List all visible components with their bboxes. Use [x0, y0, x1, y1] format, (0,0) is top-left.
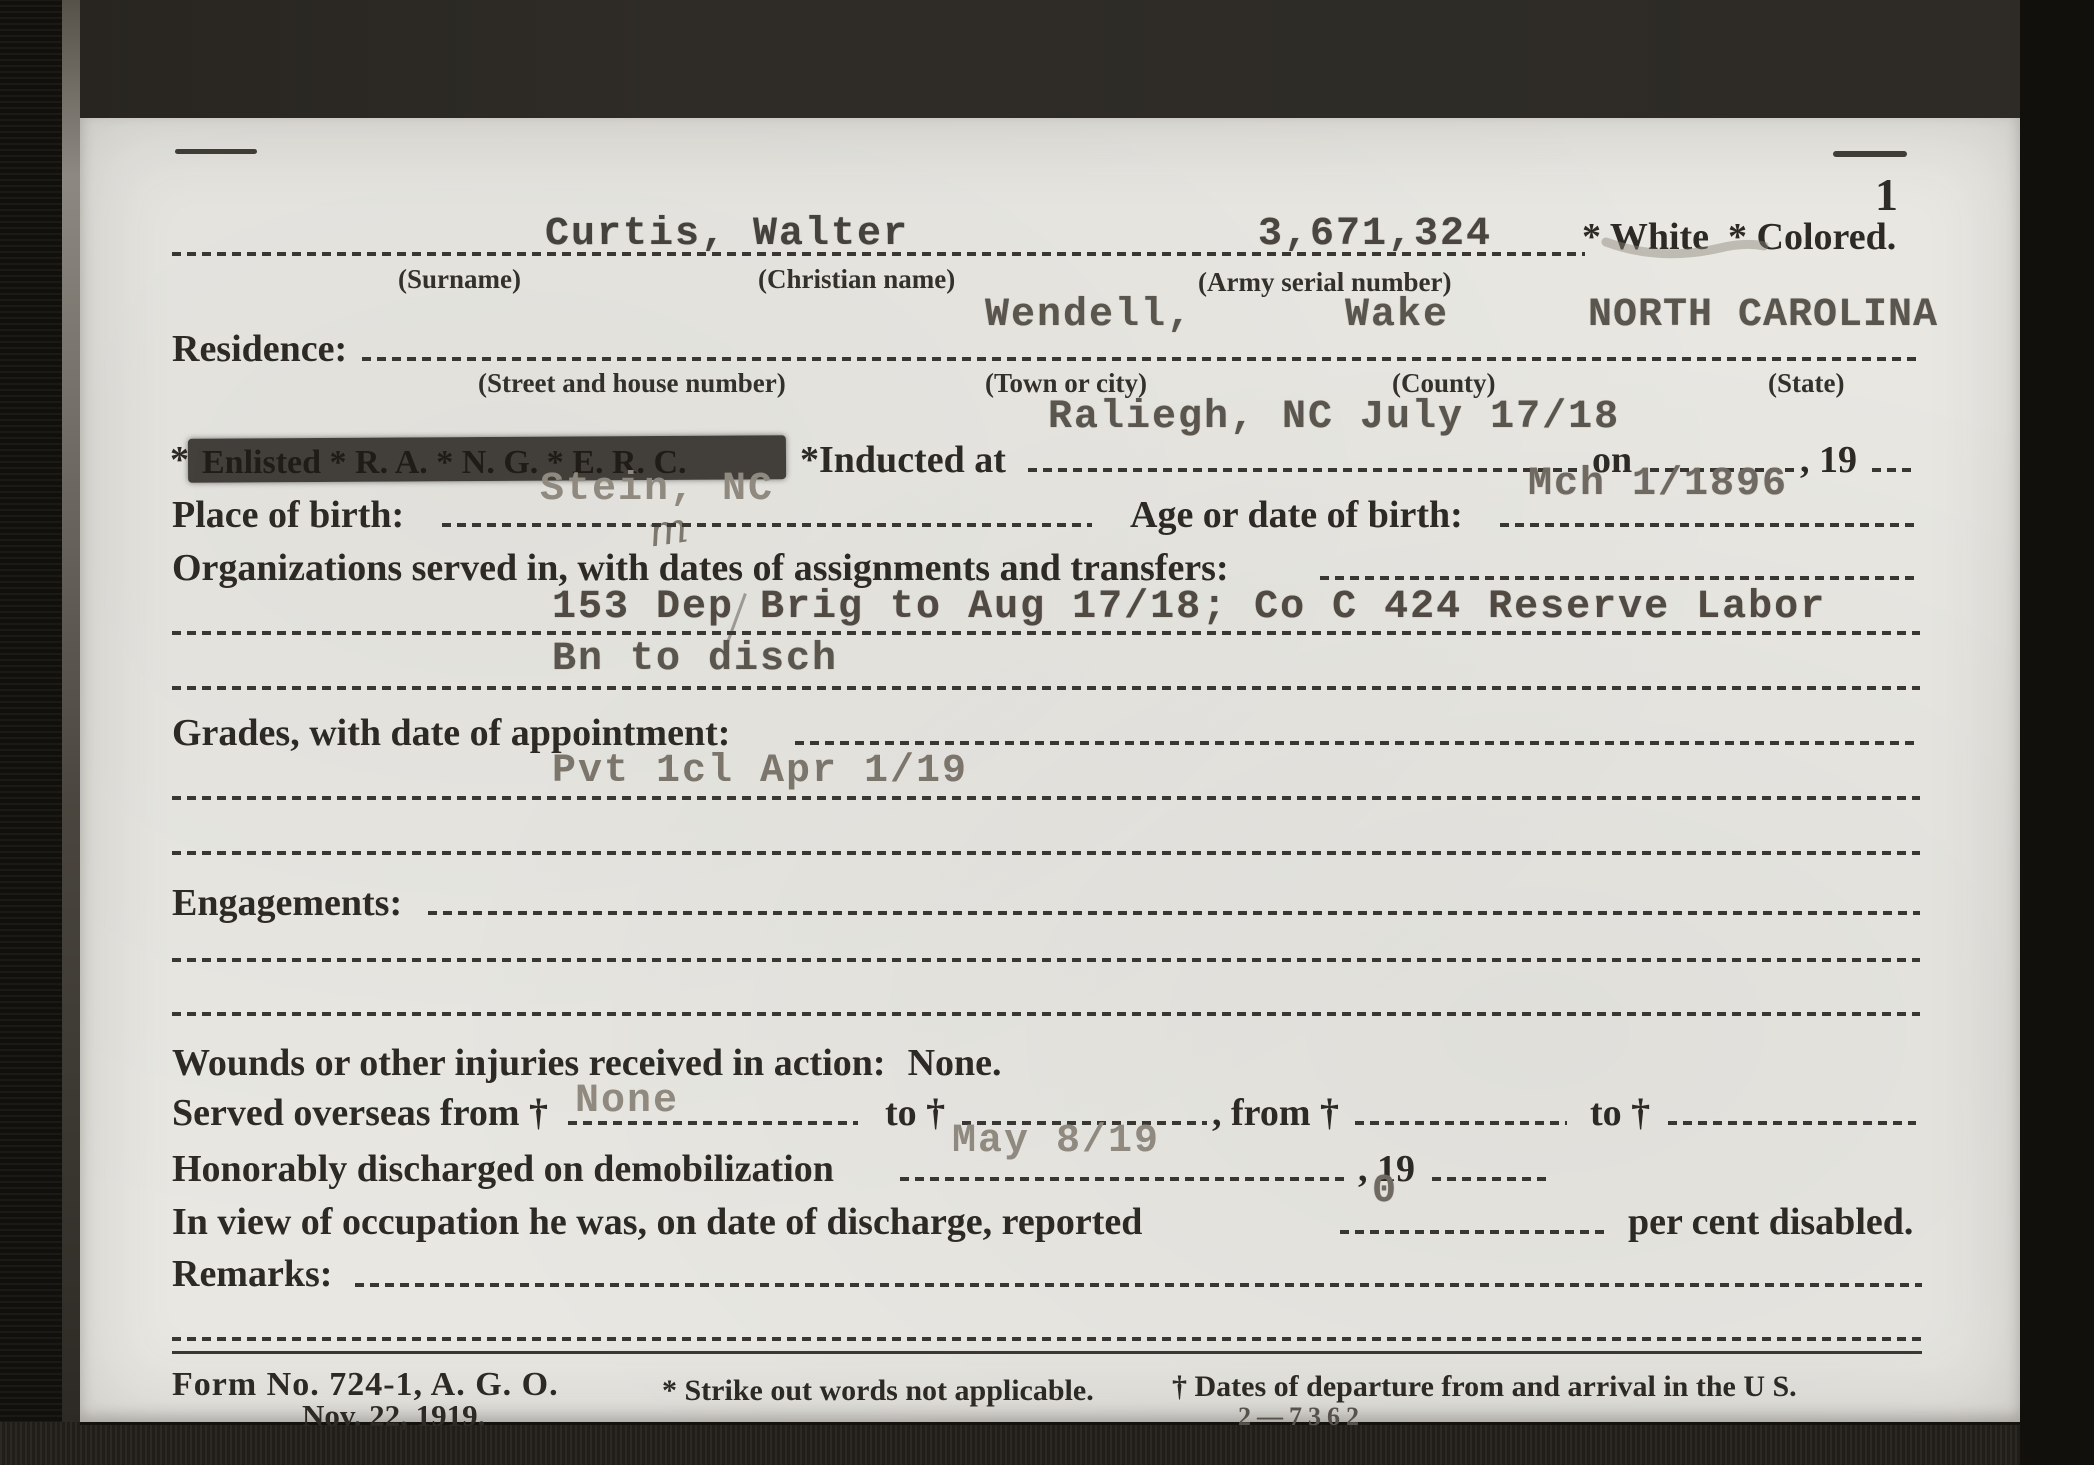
- dotted-line-footer: [172, 1337, 1922, 1341]
- film-edge-left: [0, 0, 62, 1465]
- typed-date-of-birth: Mch 1/1896: [1528, 465, 1788, 505]
- wounds-label: Wounds or other injuries received in act…: [172, 1042, 886, 1084]
- inducted-at-label: *Inducted at: [800, 441, 1006, 479]
- overseas-from-label: Served overseas from †: [172, 1094, 548, 1132]
- typed-surname-christian-name: Curtis, Walter: [545, 215, 909, 255]
- card-edge-shadow: [62, 0, 80, 1465]
- overseas-to2-label: to †: [1590, 1094, 1650, 1132]
- dotted-line-inducted-at: [1028, 468, 1580, 472]
- dotted-line-overseas-3: [1668, 1121, 1916, 1125]
- scan-background-top: [80, 0, 2094, 118]
- disability-label: In view of occupation he was, on date of…: [172, 1203, 1142, 1241]
- engagements-label: Engagements:: [172, 884, 402, 922]
- county-caption: (County): [1392, 370, 1496, 397]
- pencil-smudge: [1600, 232, 1770, 266]
- film-edge-right: [2020, 0, 2094, 1465]
- typed-residence-town: Wendell,: [985, 296, 1193, 336]
- town-caption: (Town or city): [985, 370, 1147, 397]
- dotted-line-induction-year: [1872, 468, 1914, 472]
- pen-dash-top-left: [175, 149, 257, 154]
- remarks-label: Remarks:: [172, 1255, 332, 1293]
- typed-induction-place-date: Raliegh, NC July 17/18: [1048, 398, 1620, 438]
- overseas-dates-note: † Dates of departure from and arrival in…: [1172, 1370, 1797, 1404]
- dotted-line-grades-0: [795, 741, 1920, 745]
- dotted-line-remarks: [355, 1283, 1922, 1287]
- age-or-birthdate-label: Age or date of birth:: [1130, 496, 1463, 534]
- discharge-label: Honorably discharged on demobilization: [172, 1150, 834, 1188]
- scanned-service-card: 1 Curtis, Walter 3,671,324 * White * Col…: [0, 0, 2094, 1465]
- typed-discharge-date: May 8/19: [952, 1122, 1160, 1162]
- christian-name-caption: (Christian name): [758, 266, 955, 293]
- wounds-row: Wounds or other injuries received in act…: [172, 1044, 1002, 1082]
- page-number: 1: [1875, 168, 1898, 221]
- grades-label: Grades, with date of appointment:: [172, 714, 730, 752]
- form-date: Nov. 22, 1919.: [302, 1398, 485, 1434]
- dotted-line-overseas-0: [568, 1121, 858, 1125]
- dotted-line-disability: [1340, 1230, 1608, 1234]
- typed-disability-percent: 0: [1372, 1172, 1398, 1212]
- dotted-line-organizations-1: [172, 631, 1920, 635]
- typed-residence-county: Wake: [1345, 296, 1449, 336]
- solid-rule-footer: [172, 1351, 1922, 1354]
- dotted-line-engagements-0: [428, 911, 1920, 915]
- dotted-line-place-of-birth: [442, 523, 1092, 527]
- percent-disabled-label: per cent disabled.: [1628, 1203, 1913, 1241]
- overseas-from2-label: , from †: [1212, 1094, 1339, 1132]
- typed-residence-state: NORTH CAROLINA: [1588, 296, 1938, 336]
- typed-place-of-birth: Stein, NC: [540, 470, 774, 510]
- typed-overseas-from: None: [575, 1082, 679, 1122]
- state-caption: (State): [1768, 370, 1844, 397]
- dotted-line-residence: [362, 357, 1922, 361]
- overseas-to-label: to †: [885, 1094, 945, 1132]
- typed-army-serial-number: 3,671,324: [1258, 215, 1492, 255]
- print-code: 2—7362: [1238, 1402, 1365, 1432]
- dotted-line-organizations-0: [1320, 576, 1920, 580]
- dotted-line-name: [172, 252, 1585, 256]
- dotted-line-organizations-2: [172, 686, 1920, 690]
- surname-caption: (Surname): [398, 266, 521, 293]
- typed-grade: Pvt 1cl Apr 1/19: [552, 752, 968, 792]
- induction-year-label: , 19: [1800, 441, 1857, 479]
- dotted-line-engagements-1: [172, 958, 1920, 962]
- dotted-line-birthdate: [1500, 523, 1920, 527]
- dotted-line-discharge-1: [1432, 1177, 1550, 1181]
- dotted-line-engagements-2: [172, 1012, 1920, 1016]
- dotted-line-overseas-2: [1355, 1121, 1567, 1125]
- pen-dash-top-right: [1833, 151, 1907, 157]
- wounds-value: None.: [908, 1042, 1002, 1084]
- serial-number-caption: (Army serial number): [1198, 269, 1451, 296]
- strike-out-note: * Strike out words not applicable.: [662, 1374, 1094, 1408]
- place-of-birth-label: Place of birth:: [172, 496, 404, 534]
- dotted-line-grades-1: [172, 796, 1920, 800]
- organizations-label: Organizations served in, with dates of a…: [172, 549, 1229, 587]
- dotted-line-grades-2: [172, 851, 1920, 855]
- enlisted-asterisk: *: [170, 441, 189, 479]
- residence-label: Residence:: [172, 330, 347, 368]
- dotted-line-discharge-0: [900, 1177, 1350, 1181]
- street-caption: (Street and house number): [478, 370, 786, 397]
- typed-organizations-line2: Bn to disch: [552, 640, 838, 680]
